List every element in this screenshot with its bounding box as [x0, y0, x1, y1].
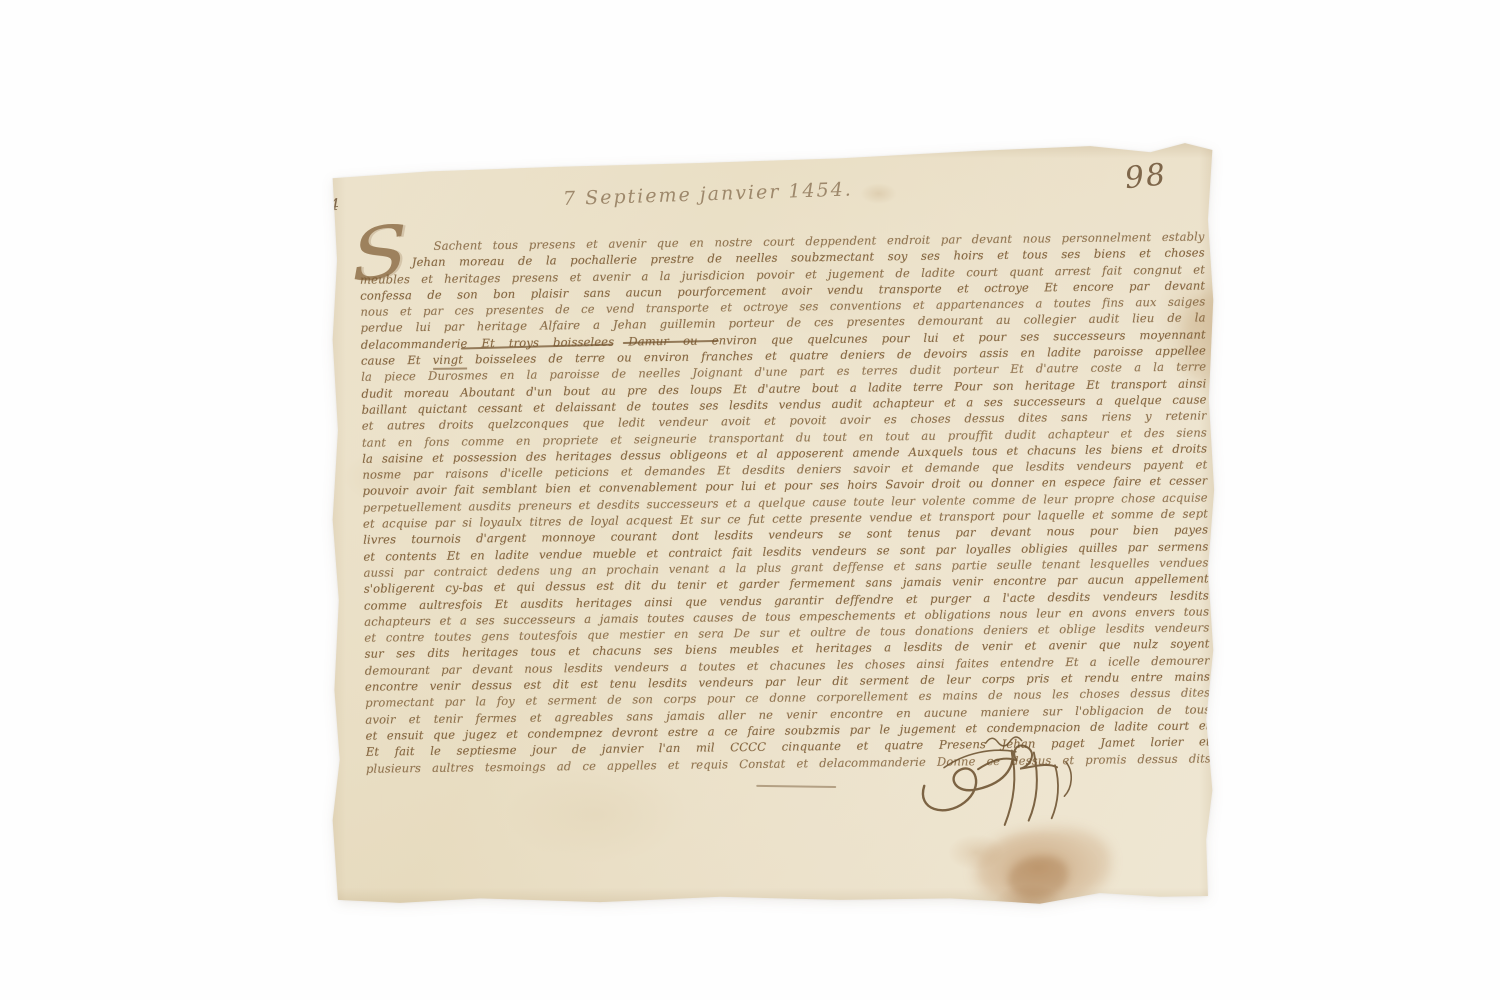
parchment-sheet: 4 98 7 Septieme janvier 1454. S Sachent …	[330, 140, 1215, 906]
folio-number: 98	[1123, 157, 1168, 196]
pen-dash-mark	[756, 785, 836, 788]
notary-signature-flourish	[915, 721, 1086, 835]
margin-number: 4	[329, 195, 339, 214]
manuscript-body: Sachent tous presens et avenir que en no…	[360, 228, 1212, 776]
manuscript-photo: 4 98 7 Septieme janvier 1454. S Sachent …	[0, 0, 1500, 1000]
heading-date: 7 Septieme janvier 1454.	[563, 176, 924, 210]
manuscript-content: 4 98 7 Septieme janvier 1454. S Sachent …	[326, 134, 1220, 911]
parchment-shadow-wrap: 4 98 7 Septieme janvier 1454. S Sachent …	[330, 140, 1215, 906]
